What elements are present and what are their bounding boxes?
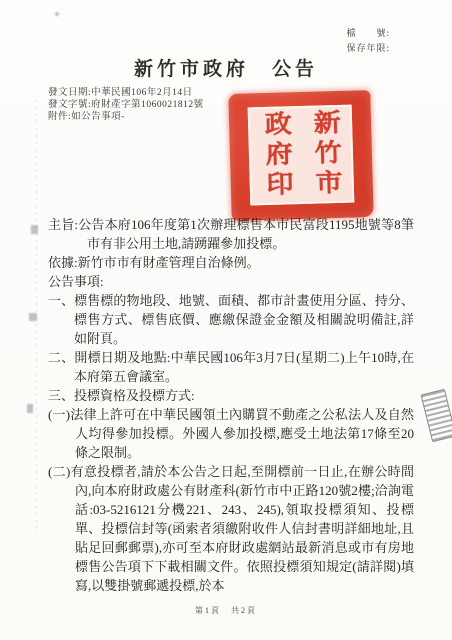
basis-text: 新竹市市有財產管理自治條例。 — [78, 255, 260, 270]
subject-text: 公告本府106年度第1次辦理標售本市民富段1195地號等8筆市有非公用土地,請踴… — [78, 217, 414, 251]
item-text: 開標日期及地點:中華民國106年3月7日(星期二)上午10時,在本府第五會議室。 — [74, 350, 414, 384]
item-text: 標售標的物地段、地號、面積、都市計畫使用分區、持分、標售方式、標售底價、應繳保證… — [74, 293, 414, 346]
announcement-subitem-1: (一)法律上許可在中華民國領土內購買不動產之公私法人及自然人均得參加投標。外國人… — [48, 405, 414, 462]
item-number: 二、 — [48, 350, 74, 365]
attachment-line: 附件:如公告事項- — [48, 111, 204, 123]
announcement-subitem-2: (二)有意投標者,請於本公告之日起,至開標前一日止,在辦公時間內,向本府財政處公… — [48, 462, 414, 595]
doc-number-line: 發文字號:府財產字第1060021812號 — [48, 99, 204, 111]
subitem-text: 有意投標者,請於本公告之日起,至開標前一日止,在辦公時間內,向本府財政處公有財產… — [70, 464, 414, 593]
basis-paragraph: 依據:新竹市市有財產管理自治條例。 — [48, 253, 414, 272]
official-government-seal: 政府印 新竹市 — [228, 90, 373, 221]
item-number: 三、 — [48, 388, 74, 403]
scan-smudge — [31, 225, 38, 234]
issue-date-line: 發文日期:中華民國106年2月14日 — [48, 87, 204, 99]
seal-characters-left: 政府印 — [262, 110, 292, 201]
announcement-body: 主旨:公告本府106年度第1次辦理標售本市民富段1195地號等8筆市有非公用土地… — [48, 215, 414, 595]
items-header: 公告事項: — [48, 272, 414, 291]
subject-paragraph: 主旨:公告本府106年度第1次辦理標售本市民富段1195地號等8筆市有非公用土地… — [48, 215, 414, 253]
basis-label: 依據: — [48, 255, 78, 270]
subitem-text: 法律上許可在中華民國領土內購買不動產之公私法人及自然人均得參加投標。外國人參加投… — [70, 407, 414, 460]
page-number-footer: 第1頁 共2頁 — [0, 605, 452, 616]
scan-smudge — [29, 313, 37, 321]
subject-label: 主旨: — [48, 217, 78, 232]
announcement-item-3: 三、投標資格及投標方式: — [48, 386, 414, 405]
announcement-item-2: 二、開標日期及地點:中華民國106年3月7日(星期二)上午10時,在本府第五會議… — [48, 348, 414, 386]
file-number-label: 檔 號: — [346, 26, 390, 41]
document-title: 新竹市政府 公告 — [0, 54, 452, 81]
verification-stamp — [420, 389, 452, 443]
scanned-announcement-page: 檔 號: 保存年限: 新竹市政府 公告 發文日期:中華民國106年2月14日 發… — [0, 0, 452, 640]
subitem-number: (一) — [48, 407, 70, 422]
seal-characters-right: 新竹市 — [311, 109, 341, 200]
corner-labels: 檔 號: 保存年限: — [346, 26, 390, 56]
announcement-item-1: 一、標售標的物地段、地號、面積、都市計畫使用分區、持分、標售方式、標售底價、應繳… — [48, 291, 414, 348]
item-text: 投標資格及投標方式: — [74, 388, 195, 403]
scan-smudge — [27, 404, 33, 413]
item-number: 一、 — [48, 293, 74, 308]
subitem-number: (二) — [48, 464, 70, 479]
document-meta: 發文日期:中華民國106年2月14日 發文字號:府財產字第1060021812號… — [48, 87, 204, 123]
scan-smudge — [55, 12, 59, 16]
seal-inner-frame: 政府印 新竹市 — [248, 105, 355, 206]
